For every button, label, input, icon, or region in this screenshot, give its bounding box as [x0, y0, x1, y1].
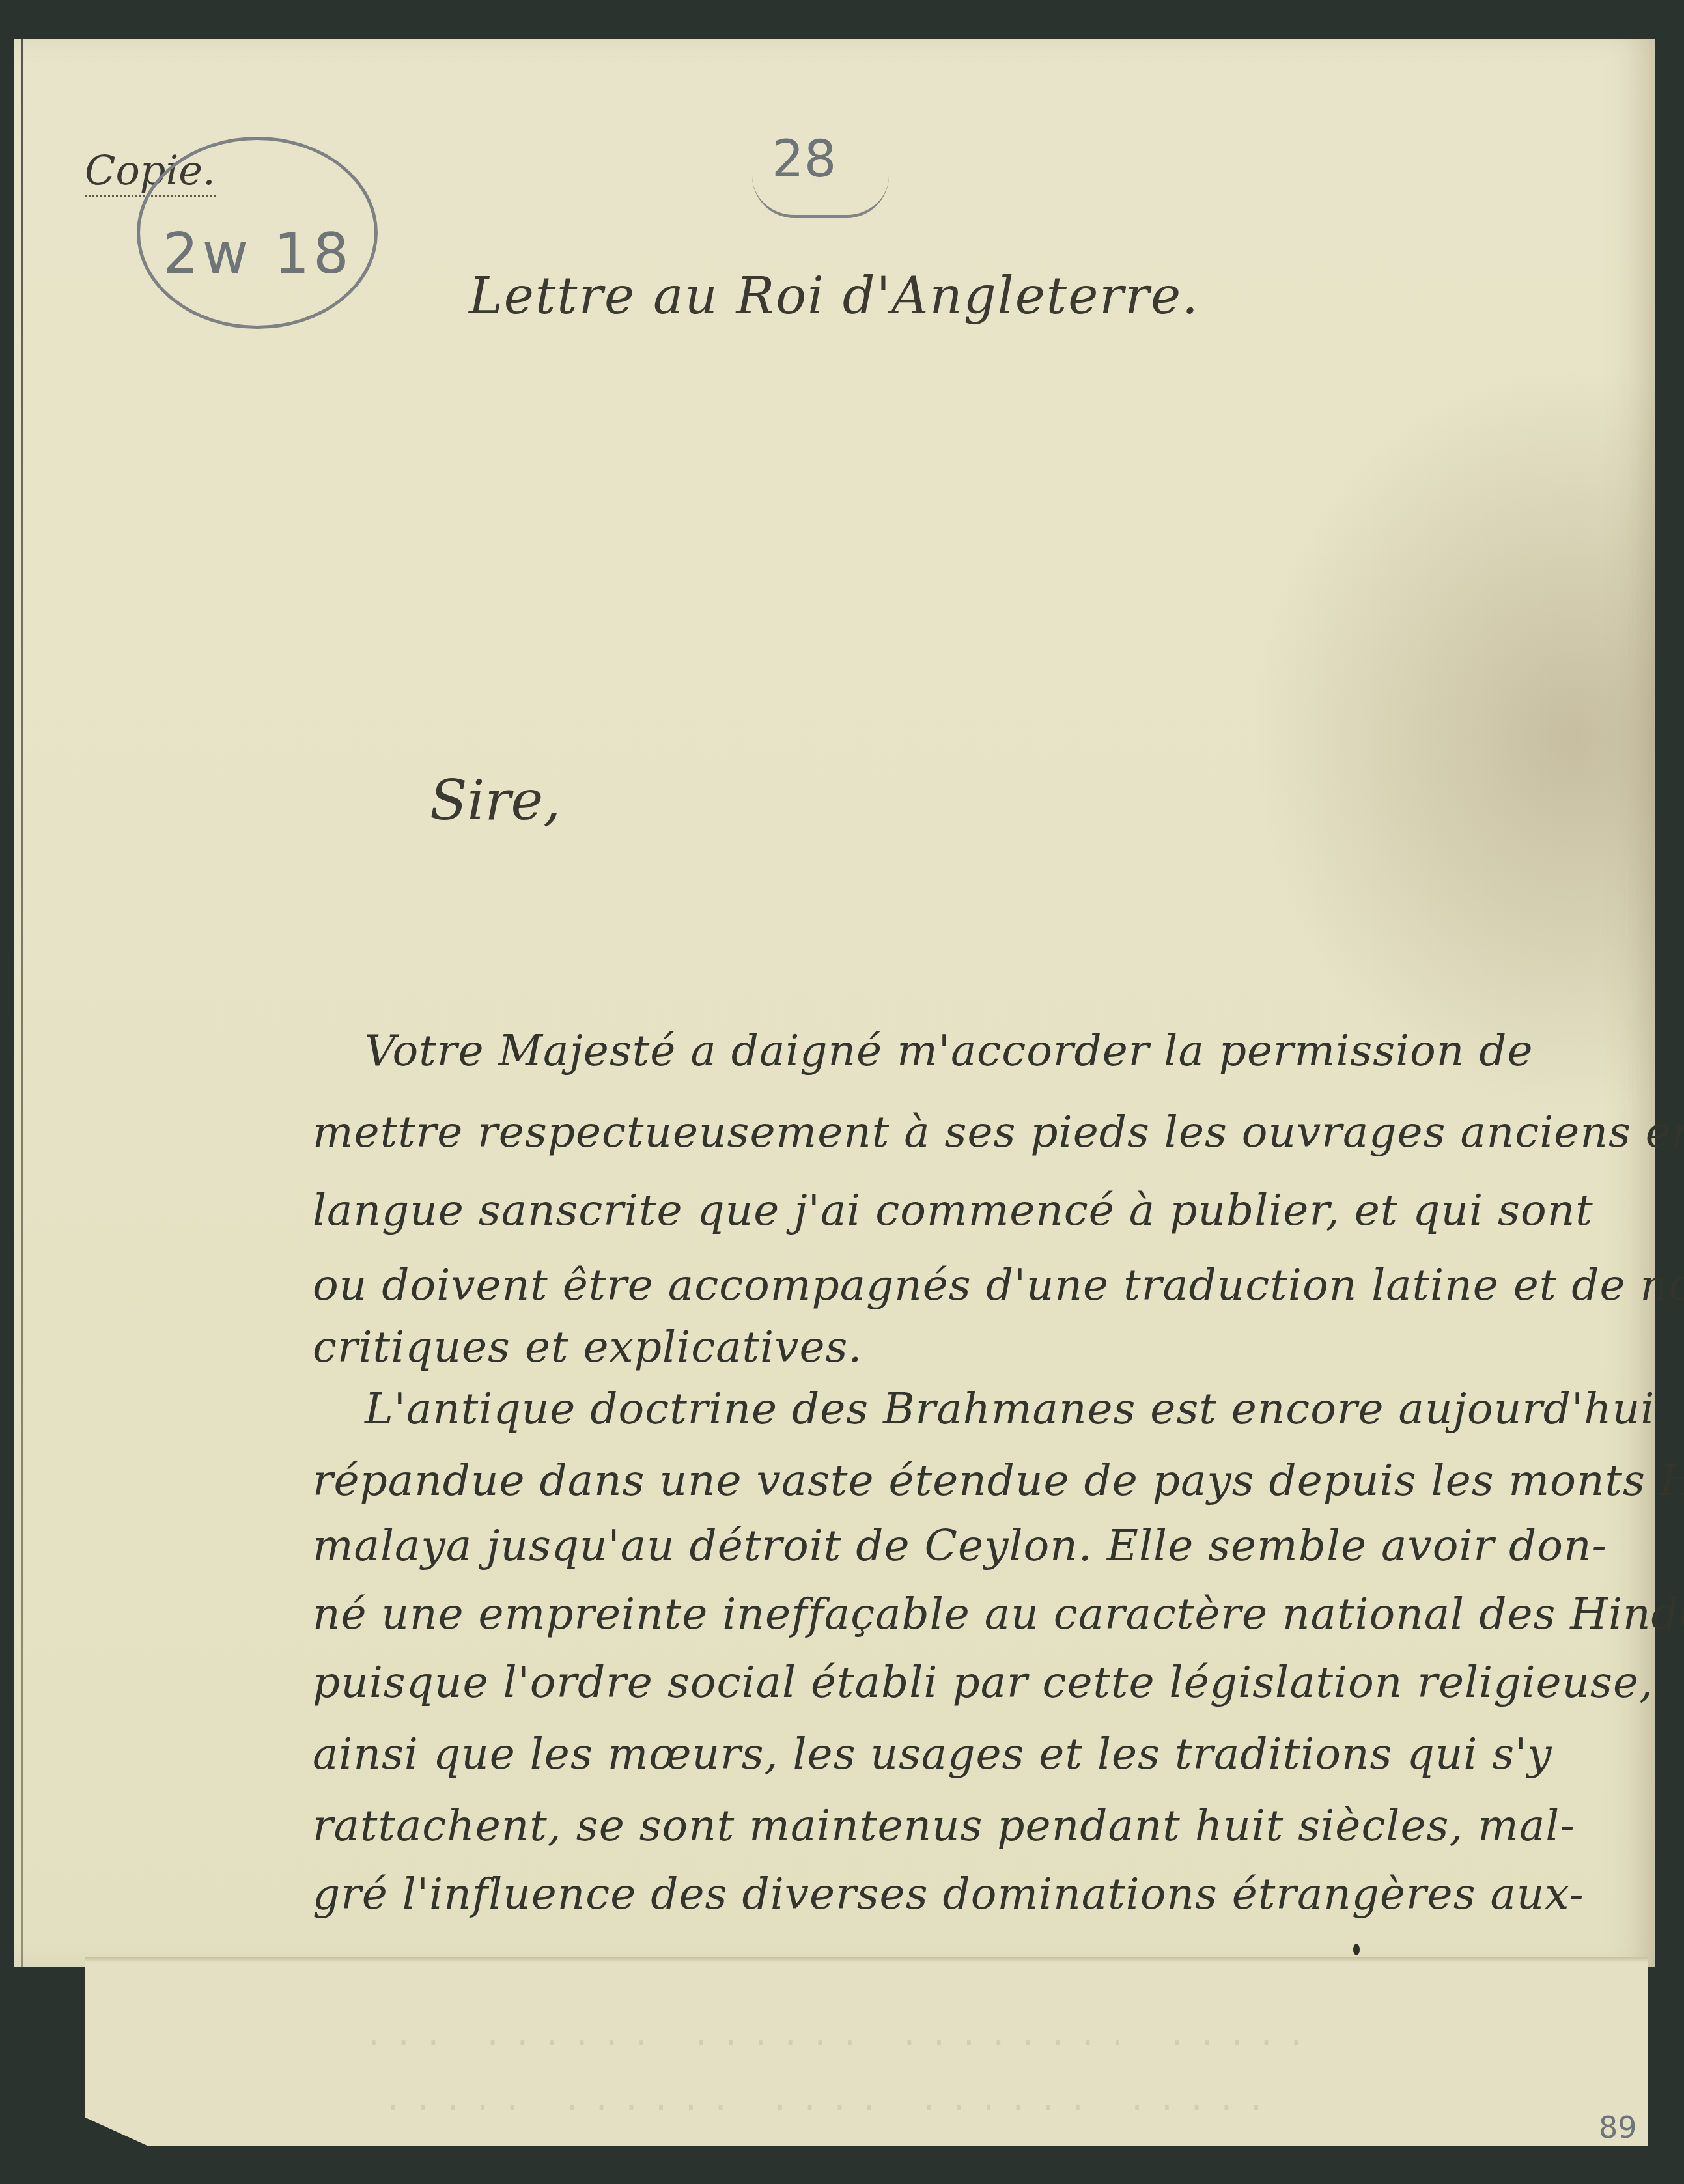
- letter-title: Lettre au Roi d'Angleterre.: [469, 267, 1200, 326]
- page-number: 89: [1599, 2110, 1637, 2145]
- binding-edge: [21, 39, 23, 1967]
- salutation: Sire,: [430, 768, 561, 832]
- body-line: gré l'influence des diverses dominations…: [313, 1869, 1584, 1919]
- body-line: ou doivent être accompagnés d'une traduc…: [313, 1260, 1684, 1310]
- shelfmark: 2w 18: [163, 221, 353, 287]
- body-line: critiques et explicatives.: [313, 1322, 862, 1372]
- body-line: ainsi que les mœurs, les usages et les t…: [313, 1729, 1552, 1779]
- fold-crease: [85, 1957, 1648, 1962]
- body-line: répandue dans une vaste étendue de pays …: [313, 1455, 1684, 1505]
- water-stain: [1252, 365, 1655, 1113]
- body-line: né une empreinte ineffaçable au caractèr…: [313, 1589, 1684, 1639]
- bleed-through-text: ··· ······ ······ ········ ·····: [365, 2025, 1317, 2060]
- body-line: rattachent, se sont maintenus pendant hu…: [313, 1800, 1575, 1851]
- bleed-through-text: ····· ······ ···· ······ ·····: [384, 2090, 1277, 2125]
- folio-underline: [752, 176, 889, 218]
- body-line: mettre respectueusement à ses pieds les …: [313, 1107, 1684, 1157]
- ink-mark: [1353, 1944, 1360, 1955]
- body-line: puisque l'ordre social établi par cette …: [313, 1657, 1653, 1707]
- body-line: Votre Majesté a daigné m'accorder la per…: [365, 1026, 1534, 1076]
- body-line: malaya jusqu'au détroit de Ceylon. Elle …: [313, 1520, 1607, 1571]
- body-line: langue sanscrite que j'ai commencé à pub…: [313, 1185, 1593, 1235]
- body-line: L'antique doctrine des Brahmanes est enc…: [365, 1384, 1655, 1434]
